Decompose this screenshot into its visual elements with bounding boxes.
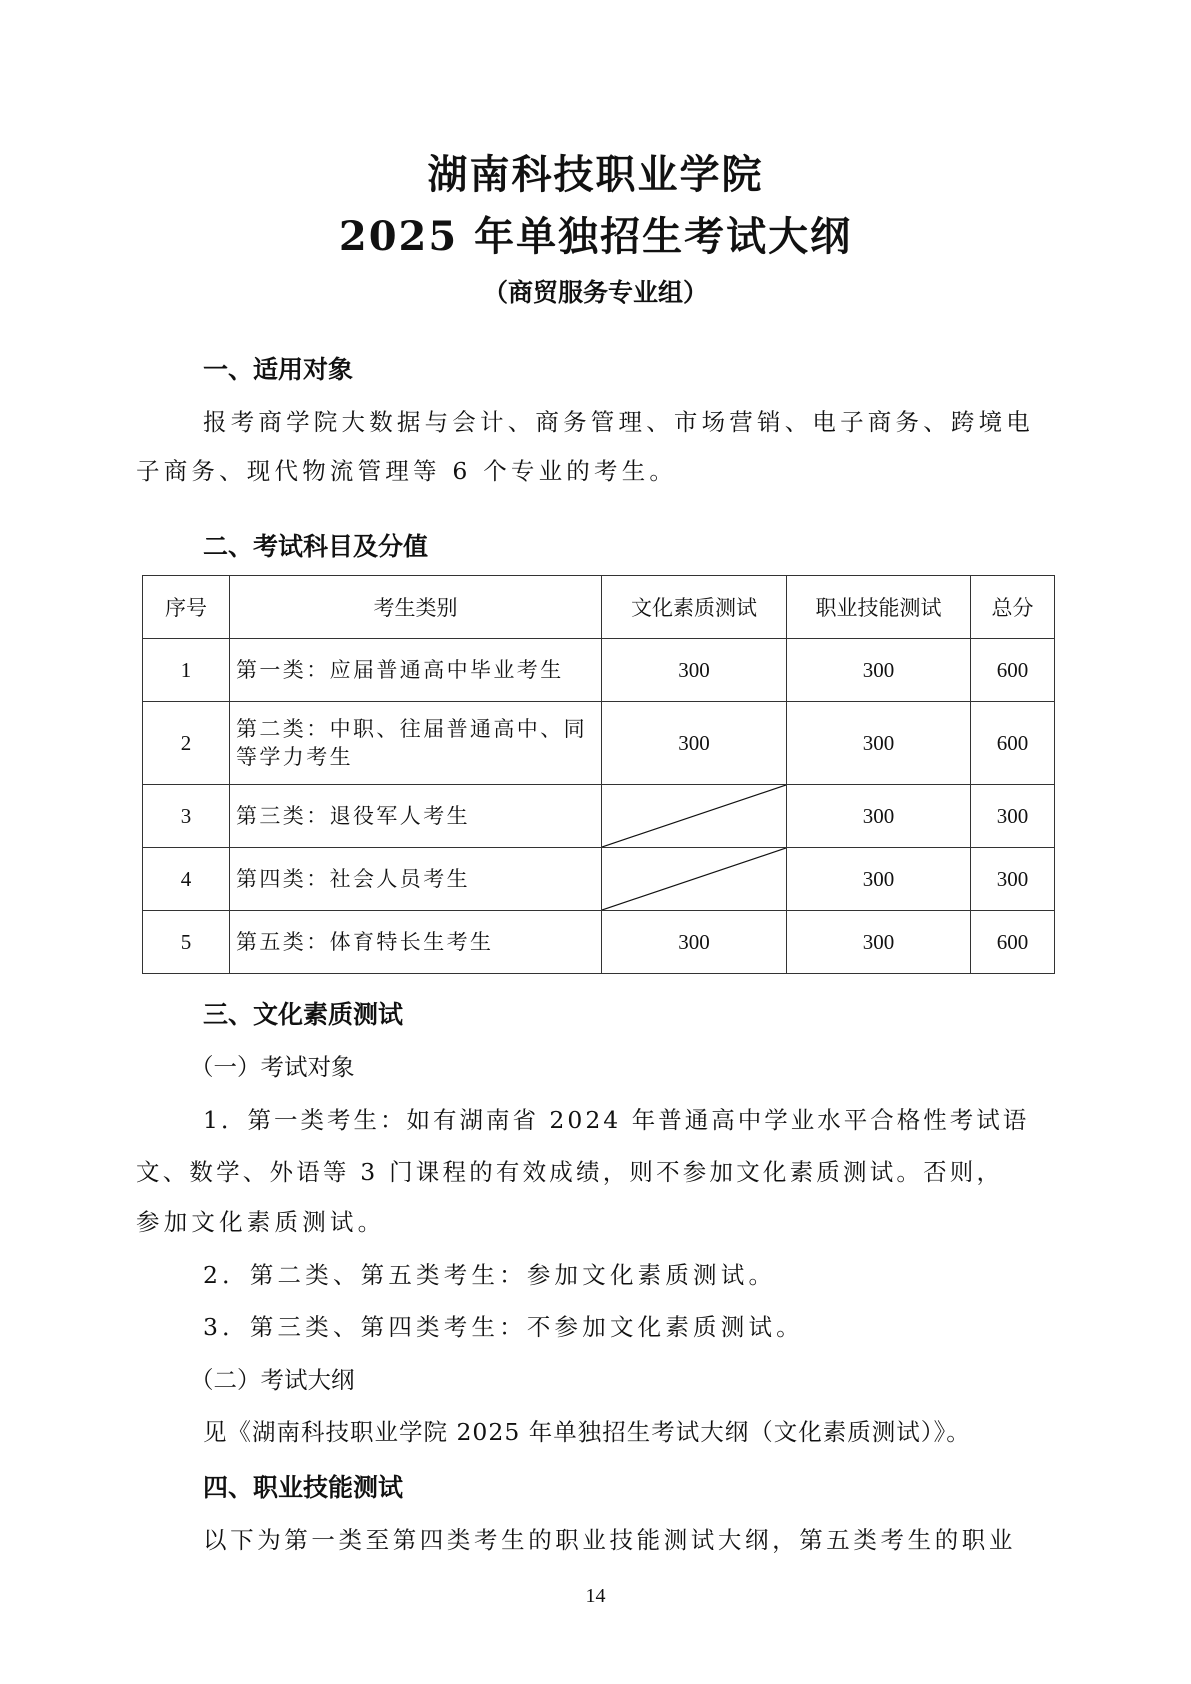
cell-skill: 300 xyxy=(787,911,971,974)
table-row: 3 第三类：退役军人考生 300 300 xyxy=(143,785,1055,848)
cell-culture: 300 xyxy=(602,911,787,974)
cell-skill: 300 xyxy=(787,785,971,848)
section-heading-skill-test: 四、职业技能测试 xyxy=(203,1468,403,1504)
table-row: 4 第四类：社会人员考生 300 300 xyxy=(143,848,1055,911)
score-table: 序号 考生类别 文化素质测试 职业技能测试 总分 1 第一类：应届普通高中毕业考… xyxy=(142,575,1055,974)
diagonal-slash-icon xyxy=(602,848,786,910)
paragraph-item1-line3: 参加文化素质测试。 xyxy=(136,1203,385,1237)
table-row: 5 第五类：体育特长生考生 300 300 600 xyxy=(143,911,1055,974)
paragraph-item2: 2．第二类、第五类考生：参加文化素质测试。 xyxy=(203,1256,776,1290)
subheading-exam-target: （一）考试对象 xyxy=(190,1048,355,1082)
paragraph-applicable-line1: 报考商学院大数据与会计、商务管理、市场营销、电子商务、跨境电 xyxy=(203,403,1034,437)
cell-total: 600 xyxy=(971,702,1055,785)
table-row: 2 第二类：中职、往届普通高中、同等学力考生 300 300 600 xyxy=(143,702,1055,785)
header-cell-culture: 文化素质测试 xyxy=(602,576,787,639)
cell-no: 2 xyxy=(143,702,230,785)
cell-category: 第五类：体育特长生考生 xyxy=(230,911,602,974)
cell-no: 3 xyxy=(143,785,230,848)
cell-category: 第一类：应届普通高中毕业考生 xyxy=(230,639,602,702)
section-heading-culture-test: 三、文化素质测试 xyxy=(203,995,403,1031)
cell-culture-not-applicable xyxy=(602,785,787,848)
cell-no: 4 xyxy=(143,848,230,911)
paragraph-item3: 3．第三类、第四类考生：不参加文化素质测试。 xyxy=(203,1308,804,1342)
document-title-line1: 湖南科技职业学院 xyxy=(0,143,1191,200)
diagonal-slash-icon xyxy=(602,785,786,847)
header-cell-no: 序号 xyxy=(143,576,230,639)
cell-skill: 300 xyxy=(787,848,971,911)
cell-culture: 300 xyxy=(602,639,787,702)
cell-category: 第二类：中职、往届普通高中、同等学力考生 xyxy=(230,702,602,785)
paragraph-item1-line1: 1．第一类考生：如有湖南省 2024 年普通高中学业水平合格性考试语 xyxy=(203,1101,1029,1135)
header-cell-total: 总分 xyxy=(971,576,1055,639)
page-number: 14 xyxy=(0,1585,1191,1608)
header-cell-skill: 职业技能测试 xyxy=(787,576,971,639)
paragraph-outline-reference: 见《湖南科技职业学院 2025 年单独招生考试大纲（文化素质测试）》。 xyxy=(203,1413,971,1447)
cell-total: 300 xyxy=(971,848,1055,911)
paragraph-applicable-line2: 子商务、现代物流管理等 6 个专业的考生。 xyxy=(136,452,677,486)
table-header-row: 序号 考生类别 文化素质测试 职业技能测试 总分 xyxy=(143,576,1055,639)
section-heading-applicable: 一、适用对象 xyxy=(203,350,353,386)
cell-skill: 300 xyxy=(787,639,971,702)
cell-culture-not-applicable xyxy=(602,848,787,911)
cell-category: 第三类：退役军人考生 xyxy=(230,785,602,848)
cell-culture: 300 xyxy=(602,702,787,785)
cell-no: 1 xyxy=(143,639,230,702)
header-cell-category: 考生类别 xyxy=(230,576,602,639)
section-heading-subjects: 二、考试科目及分值 xyxy=(203,527,428,563)
table-row: 1 第一类：应届普通高中毕业考生 300 300 600 xyxy=(143,639,1055,702)
cell-total: 300 xyxy=(971,785,1055,848)
paragraph-item1-line2: 文、数学、外语等 3 门课程的有效成绩，则不参加文化素质测试。否则， xyxy=(136,1153,1003,1187)
cell-category: 第四类：社会人员考生 xyxy=(230,848,602,911)
document-subtitle: （商贸服务专业组） xyxy=(0,273,1191,309)
document-title-line2: 2025 年单独招生考试大纲 xyxy=(0,205,1191,262)
cell-skill: 300 xyxy=(787,702,971,785)
paragraph-skill-intro: 以下为第一类至第四类考生的职业技能测试大纲，第五类考生的职业 xyxy=(203,1521,1016,1555)
subheading-exam-outline: （二）考试大纲 xyxy=(190,1361,355,1395)
cell-total: 600 xyxy=(971,911,1055,974)
cell-no: 5 xyxy=(143,911,230,974)
cell-total: 600 xyxy=(971,639,1055,702)
